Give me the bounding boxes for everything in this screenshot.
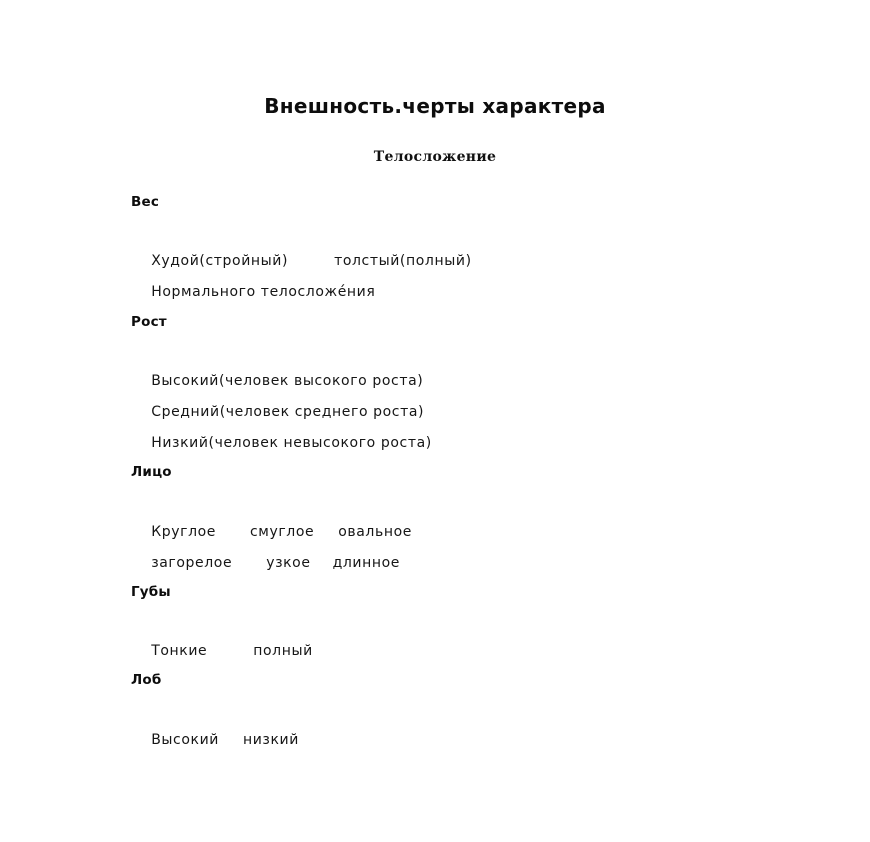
lips-term-full: полный	[253, 643, 313, 659]
height-term-medium: Средний(человек среднего роста)	[151, 404, 424, 420]
weight-term-thin: Худой(стройный)	[151, 253, 288, 269]
document-title: Внешность.черты характера	[0, 94, 870, 118]
heading-face: Лицо	[131, 464, 172, 480]
heading-lips: Губы	[131, 584, 171, 600]
heading-height: Рост	[131, 314, 167, 330]
face-term-narrow: узкое	[266, 555, 310, 571]
forehead-term-low: низкий	[243, 732, 299, 748]
weight-line-2: Нормального телосложе́ния	[131, 268, 375, 316]
lips-line-1: Тонкиеполный	[131, 627, 313, 675]
weight-term-normal: Нормального телосложе́ния	[151, 284, 375, 300]
face-line-2: загорелоеузкоедлинное	[131, 539, 400, 587]
face-term-tanned: загорелое	[151, 555, 232, 571]
height-line-3: Низкий(человек невысокого роста)	[131, 419, 432, 467]
height-term-tall: Высокий(человек высокого роста)	[151, 373, 423, 389]
face-term-oval: овальное	[338, 524, 412, 540]
document-page: Внешность.черты характера Телосложение В…	[0, 0, 870, 842]
height-term-short: Низкий(человек невысокого роста)	[151, 435, 432, 451]
forehead-line-1: Высокийнизкий	[131, 716, 299, 764]
face-term-swarthy: смуглое	[250, 524, 314, 540]
heading-weight: Вес	[131, 194, 159, 210]
forehead-term-high: Высокий	[151, 732, 219, 748]
face-term-round: Круглое	[151, 524, 216, 540]
heading-forehead: Лоб	[131, 672, 162, 688]
face-term-long: длинное	[333, 555, 400, 571]
section-title-body-build: Телосложение	[0, 149, 870, 165]
weight-term-fat: толстый(полный)	[334, 253, 472, 269]
lips-term-thin: Тонкие	[151, 643, 207, 659]
